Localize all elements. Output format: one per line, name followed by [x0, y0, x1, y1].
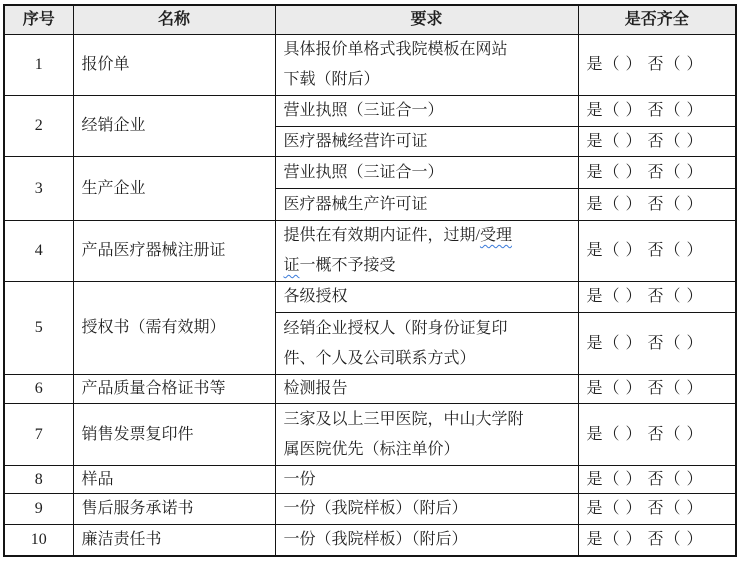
requirement-cell: 一份（我院样板）（附后）: [275, 494, 578, 525]
name-cell: 廉洁责任书: [73, 525, 275, 556]
name-cell: 生产企业: [73, 157, 275, 221]
yes-no-cell: 是（ ） 否（ ）: [578, 525, 736, 556]
yes-no-cell: 是（ ） 否（ ）: [578, 375, 736, 404]
serial-cell: 9: [4, 494, 73, 525]
yes-no-cell: 是（ ） 否（ ）: [578, 96, 736, 127]
name-cell: 授权书（需有效期）: [73, 282, 275, 375]
requirement-cell: 营业执照（三证合一）: [275, 157, 578, 189]
yes-no-cell: 是（ ） 否（ ）: [578, 404, 736, 466]
yes-no-cell: 是（ ） 否（ ）: [578, 313, 736, 375]
serial-cell: 3: [4, 157, 73, 221]
col-header-requirement: 要求: [275, 5, 578, 35]
spellcheck-wavy-text: 受理: [480, 227, 512, 244]
yes-no-cell: 是（ ） 否（ ）: [578, 189, 736, 221]
table-row: 8 样品 一份 是（ ） 否（ ）: [4, 466, 736, 494]
serial-cell: 1: [4, 35, 73, 96]
table-row: 5 授权书（需有效期） 各级授权 是（ ） 否（ ）: [4, 282, 736, 313]
yes-no-cell: 是（ ） 否（ ）: [578, 282, 736, 313]
requirement-text-segment: 一概不予接受: [300, 257, 396, 274]
table-row: 10 廉洁责任书 一份（我院样板）（附后） 是（ ） 否（ ）: [4, 525, 736, 556]
table-row: 3 生产企业 营业执照（三证合一） 是（ ） 否（ ）: [4, 157, 736, 189]
requirement-cell: 经销企业授权人（附身份证复印 件、个人及公司联系方式）: [275, 313, 578, 375]
requirement-cell: 营业执照（三证合一）: [275, 96, 578, 127]
requirement-cell: 一份: [275, 466, 578, 494]
serial-cell: 6: [4, 375, 73, 404]
requirement-cell: 提供在有效期内证件，过期/受理证一概不予接受: [275, 221, 578, 282]
name-cell: 产品医疗器械注册证: [73, 221, 275, 282]
col-header-complete: 是否齐全: [578, 5, 736, 35]
requirement-cell: 医疗器械生产许可证: [275, 189, 578, 221]
table-row: 7 销售发票复印件 三家及以上三甲医院，中山大学附 属医院优先（标注单价） 是（…: [4, 404, 736, 466]
table-row: 2 经销企业 营业执照（三证合一） 是（ ） 否（ ）: [4, 96, 736, 127]
requirement-cell: 检测报告: [275, 375, 578, 404]
yes-no-cell: 是（ ） 否（ ）: [578, 494, 736, 525]
document-page: 序号 名称 要求 是否齐全 1 报价单 具体报价单格式我院模板在网站 下载（附后…: [0, 0, 742, 557]
yes-no-cell: 是（ ） 否（ ）: [578, 157, 736, 189]
serial-cell: 8: [4, 466, 73, 494]
name-cell: 产品质量合格证书等: [73, 375, 275, 404]
serial-cell: 4: [4, 221, 73, 282]
serial-cell: 7: [4, 404, 73, 466]
name-cell: 销售发票复印件: [73, 404, 275, 466]
yes-no-cell: 是（ ） 否（ ）: [578, 221, 736, 282]
serial-cell: 5: [4, 282, 73, 375]
requirement-cell: 各级授权: [275, 282, 578, 313]
requirement-cell: 一份（我院样板）（附后）: [275, 525, 578, 556]
requirement-cell: 医疗器械经营许可证: [275, 127, 578, 157]
serial-cell: 2: [4, 96, 73, 157]
yes-no-cell: 是（ ） 否（ ）: [578, 127, 736, 157]
serial-cell: 10: [4, 525, 73, 556]
requirement-cell: 具体报价单格式我院模板在网站 下载（附后）: [275, 35, 578, 96]
table-row: 1 报价单 具体报价单格式我院模板在网站 下载（附后） 是（ ） 否（ ）: [4, 35, 736, 96]
table-row: 6 产品质量合格证书等 检测报告 是（ ） 否（ ）: [4, 375, 736, 404]
requirement-text-segment: 提供在有效期内证件，过期/: [284, 227, 480, 244]
yes-no-cell: 是（ ） 否（ ）: [578, 35, 736, 96]
col-header-name: 名称: [73, 5, 275, 35]
name-cell: 样品: [73, 466, 275, 494]
name-cell: 报价单: [73, 35, 275, 96]
yes-no-cell: 是（ ） 否（ ）: [578, 466, 736, 494]
table-row: 4 产品医疗器械注册证 提供在有效期内证件，过期/受理证一概不予接受 是（ ） …: [4, 221, 736, 282]
requirements-table: 序号 名称 要求 是否齐全 1 报价单 具体报价单格式我院模板在网站 下载（附后…: [3, 4, 737, 557]
name-cell: 经销企业: [73, 96, 275, 157]
spellcheck-wavy-text: 证: [284, 257, 300, 274]
table-row: 9 售后服务承诺书 一份（我院样板）（附后） 是（ ） 否（ ）: [4, 494, 736, 525]
name-cell: 售后服务承诺书: [73, 494, 275, 525]
header-row: 序号 名称 要求 是否齐全: [4, 5, 736, 35]
col-header-serial: 序号: [4, 5, 73, 35]
requirement-cell: 三家及以上三甲医院，中山大学附 属医院优先（标注单价）: [275, 404, 578, 466]
